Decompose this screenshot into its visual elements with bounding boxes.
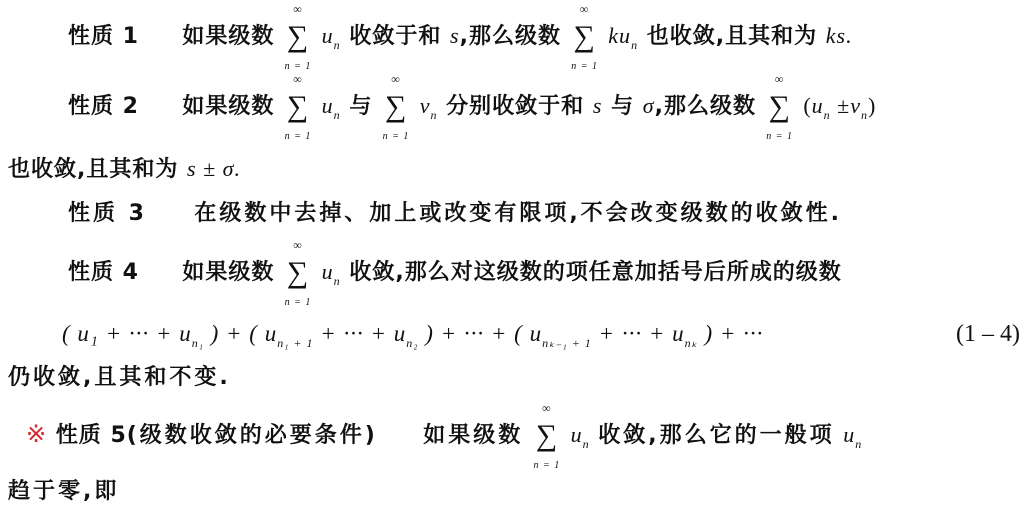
summation-symbol: ∞∑n = 1 [570,23,600,51]
property-label: 性质 3 [68,201,147,226]
math-term: un [322,23,341,48]
property-1-line: 性质 1 如果级数 ∞∑n = 1 un 收敛于和 s,那么级数 ∞∑n = 1… [68,22,1024,59]
text: 在级数中去掉、加上或改变有限项,不会改变级数的收敛性. [194,201,842,226]
important-marker-icon: ※ [26,420,47,448]
text: 如果级数 [182,94,274,119]
math-term: un [571,422,590,447]
text: 如果级数 [423,423,523,448]
property-2-continuation: 也收敛,且其和为 s ± σ. [8,155,1024,184]
property-label: 性质 1 [68,24,139,49]
text: ,那么级数 [460,24,561,49]
math-var: s [450,23,460,48]
math-term: vn [420,93,438,118]
text: 收敛,那么它的一般项 [598,423,834,448]
math-term: un [322,259,341,284]
property-3-line: 性质 3 在级数中去掉、加上或改变有限项,不会改变级数的收敛性. [68,200,1024,228]
math-var: σ [643,93,655,118]
text: ,那么级数 [655,94,756,119]
property-label: 性质 5 [56,423,127,448]
summation-symbol: ∞∑n = 1 [283,23,313,51]
property-4-line: 性质 4 如果级数 ∞∑n = 1 un 收敛,那么对这级数的项任意加括号后所成… [68,258,1024,295]
text: 也收敛,且其和为 [8,157,178,182]
summation-symbol: ∞∑n = 1 [283,259,313,287]
property-4-conclusion: 仍收敛,且其和不变. [8,364,1024,392]
math-term: un [322,93,341,118]
property-label: 性质 4 [68,260,139,285]
summation-symbol: ∞∑n = 1 [283,93,313,121]
text: 收敛于和 [349,24,441,49]
text: 趋于零,即 [8,479,119,504]
text: 与 [611,94,634,119]
property-2-line: 性质 2 如果级数 ∞∑n = 1 un 与 ∞∑n = 1 vn 分别收敛于和… [68,92,1024,129]
equation-1-4: ( u₁ + ··· + un₁ ) + ( un₁ + 1 + ··· + u… [62,320,1024,357]
math-result: ks. [826,23,853,48]
property-note: (级数收敛的必要条件) [127,423,378,448]
property-label: 性质 2 [68,94,139,119]
text: 如果级数 [182,24,274,49]
text: 与 [349,94,372,119]
equation-body: ( u₁ + ··· + un₁ ) + ( un₁ + 1 + ··· + u… [62,321,763,346]
summation-symbol: ∞∑n = 1 [381,93,411,121]
text: 收敛,那么对这级数的项任意加括号后所成的级数 [349,260,841,285]
property-5-conclusion: 趋于零,即 [8,478,1024,506]
math-result: s ± σ. [187,156,241,181]
equation-number: (1 – 4) [956,320,1020,348]
math-term: kun [608,23,638,48]
summation-symbol: ∞∑n = 1 [532,422,562,450]
text: 分别收敛于和 [446,94,584,119]
math-var: s [593,93,603,118]
summation-symbol: ∞∑n = 1 [765,93,795,121]
text: 仍收敛,且其和不变. [8,365,231,390]
text: 也收敛,且其和为 [647,24,817,49]
math-term: (un ±vn) [803,93,876,118]
text: 如果级数 [182,260,274,285]
property-5-line: ※ 性质 5(级数收敛的必要条件) 如果级数 ∞∑n = 1 un 收敛,那么它… [26,420,1024,458]
math-term: un [843,422,862,447]
